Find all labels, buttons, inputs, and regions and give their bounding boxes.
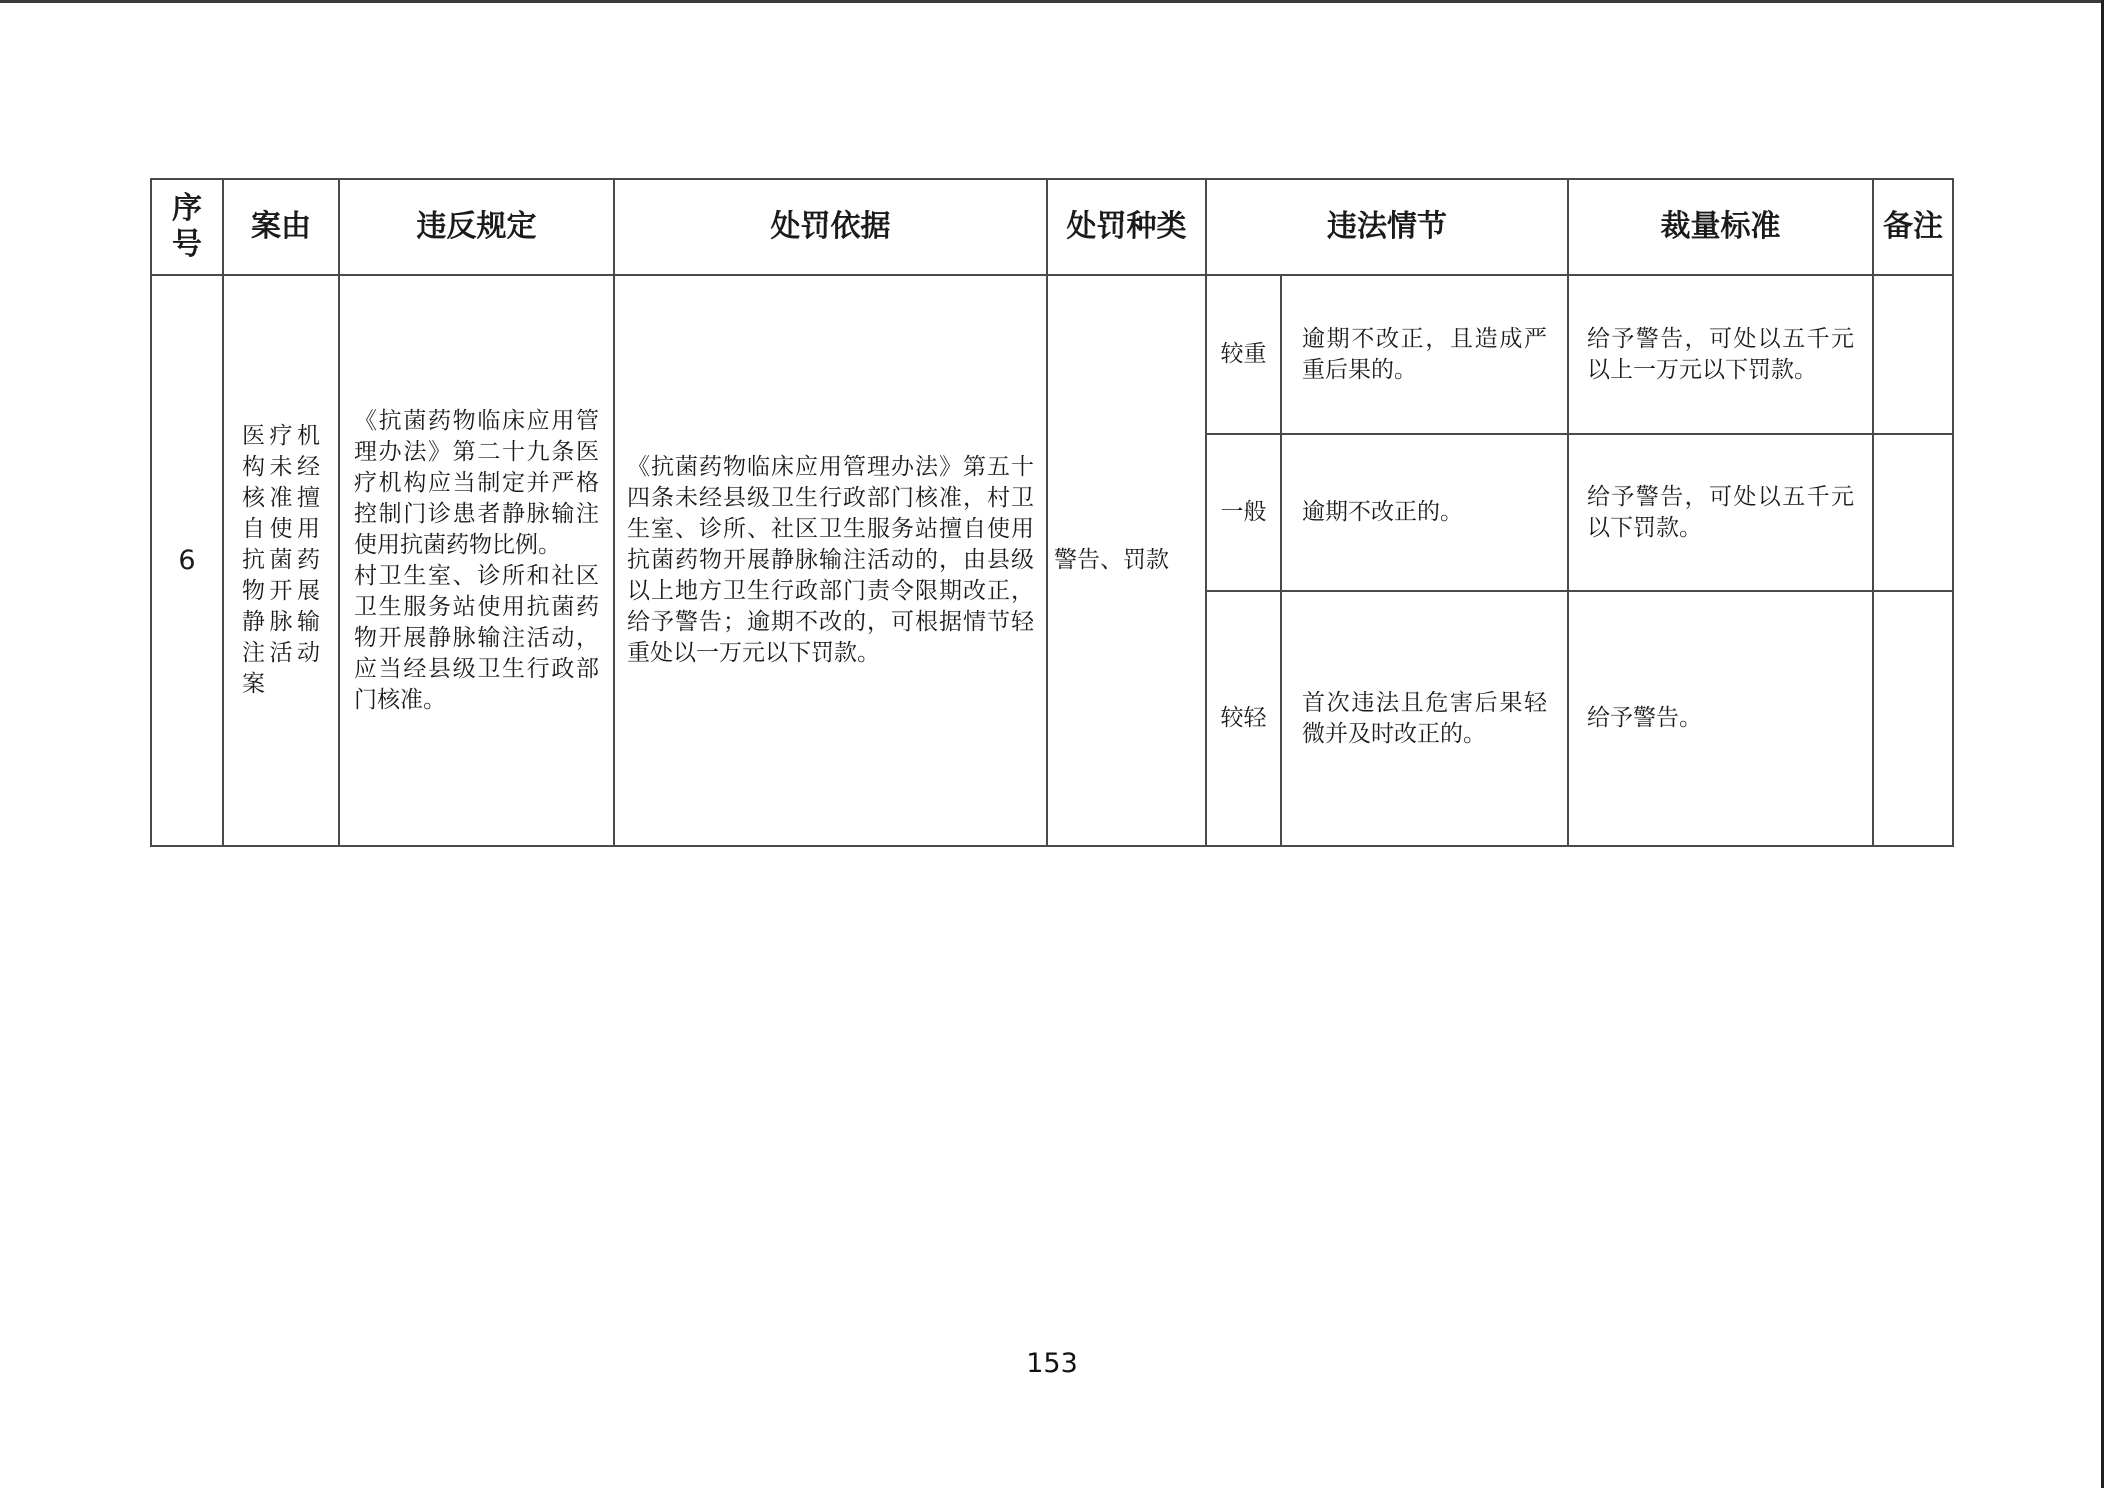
header-penalty-type: 处罚种类 [1047,179,1206,275]
remarks-cell [1873,275,1953,434]
standard-general: 给予警告，可处以五千元以下罚款。 [1568,434,1873,591]
circumstance-minor: 首次违法且危害后果轻微并及时改正的。 [1281,591,1568,846]
standard-minor: 给予警告。 [1568,591,1873,846]
table-row-severe: 6 医疗机构未经核准擅自使用抗菌药物开展静脉输注活动案 《抗菌药物临床应用管理办… [151,275,1953,434]
severity-label-severe: 较重 [1206,275,1281,434]
penalty-type-cell: 警告、罚款 [1047,275,1206,846]
header-row: 序号 案由 违反规定 处罚依据 处罚种类 违法情节 裁量标准 备注 [151,179,1953,275]
header-penalty-basis: 处罚依据 [614,179,1047,275]
severity-label-minor: 较轻 [1206,591,1281,846]
header-serial: 序号 [151,179,223,275]
serial-number-cell: 6 [151,275,223,846]
circumstance-severe: 逾期不改正，且造成严重后果的。 [1281,275,1568,434]
header-violation: 违反规定 [339,179,614,275]
remarks-cell [1873,434,1953,591]
header-cause: 案由 [223,179,339,275]
standard-severe: 给予警告，可处以五千元以上一万元以下罚款。 [1568,275,1873,434]
page-number: 153 [0,1348,2104,1379]
violation-paragraph-1: 《抗菌药物临床应用管理办法》第二十九条医疗机构应当制定并严格控制门诊患者静脉输注… [354,406,599,561]
severity-label-general: 一般 [1206,434,1281,591]
penalty-standards-table: 序号 案由 违反规定 处罚依据 处罚种类 违法情节 裁量标准 备注 6 医疗机构… [150,178,1954,847]
cause-cell: 医疗机构未经核准擅自使用抗菌药物开展静脉输注活动案 [223,275,339,846]
header-remarks: 备注 [1873,179,1953,275]
penalty-basis-cell: 《抗菌药物临床应用管理办法》第五十四条未经县级卫生行政部门核准，村卫生室、诊所、… [614,275,1047,846]
remarks-cell [1873,591,1953,846]
violation-paragraph-2: 村卫生室、诊所和社区卫生服务站使用抗菌药物开展静脉输注活动，应当经县级卫生行政部… [354,561,599,716]
header-discretion-standard: 裁量标准 [1568,179,1873,275]
circumstance-general: 逾期不改正的。 [1281,434,1568,591]
screenshot-top-edge [0,0,2104,3]
violation-cell: 《抗菌药物临床应用管理办法》第二十九条医疗机构应当制定并严格控制门诊患者静脉输注… [339,275,614,846]
header-illegal-circumstances: 违法情节 [1206,179,1568,275]
